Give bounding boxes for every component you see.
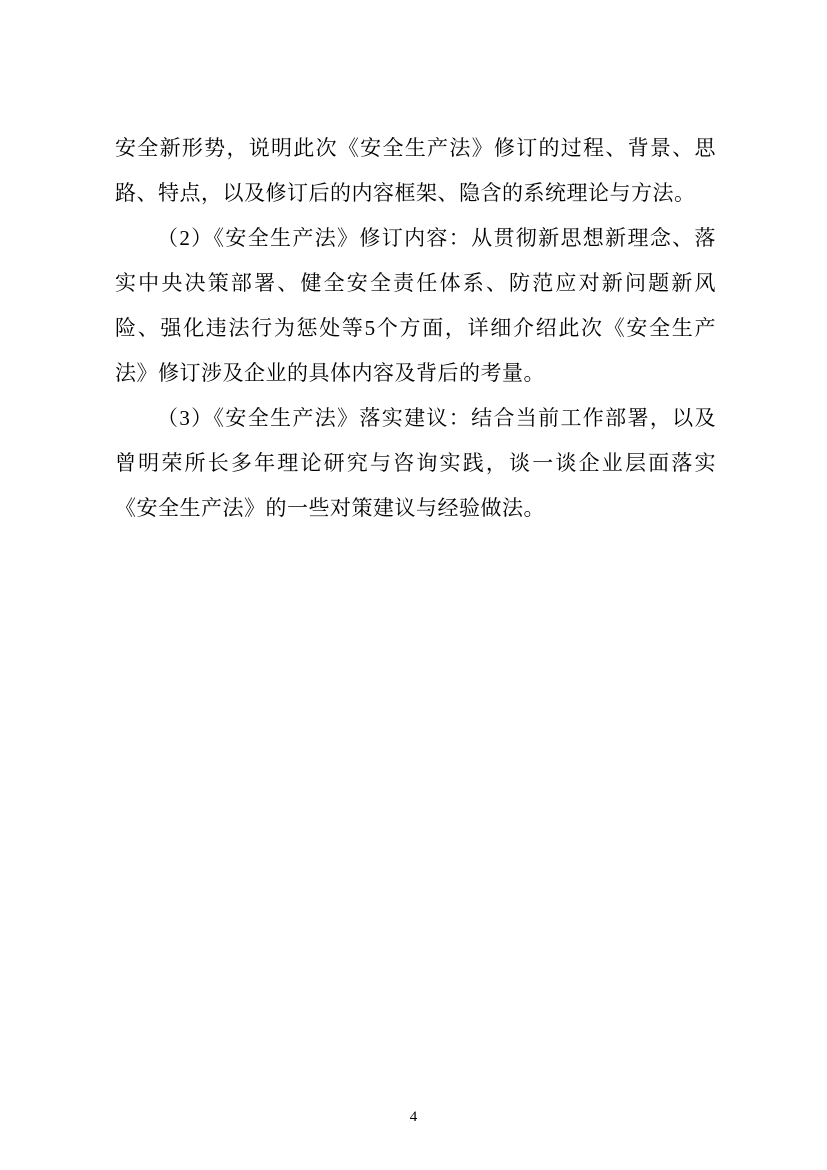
paragraph-continuation: 安全新形势，说明此次《安全生产法》修订的过程、背景、思路、特点，以及修订后的内容… [115,126,716,216]
paragraph-item-2: （2）《安全生产法》修订内容：从贯彻新思想新理念、落实中央决策部署、健全安全责任… [115,216,716,396]
page-footer: 4 [0,1108,827,1126]
document-page: 安全新形势，说明此次《安全生产法》修订的过程、背景、思路、特点，以及修订后的内容… [0,0,827,1170]
page-number: 4 [410,1109,418,1125]
paragraph-item-3: （3）《安全生产法》落实建议：结合当前工作部署，以及曾明荣所长多年理论研究与咨询… [115,396,716,531]
document-body: 安全新形势，说明此次《安全生产法》修订的过程、背景、思路、特点，以及修订后的内容… [115,126,716,531]
